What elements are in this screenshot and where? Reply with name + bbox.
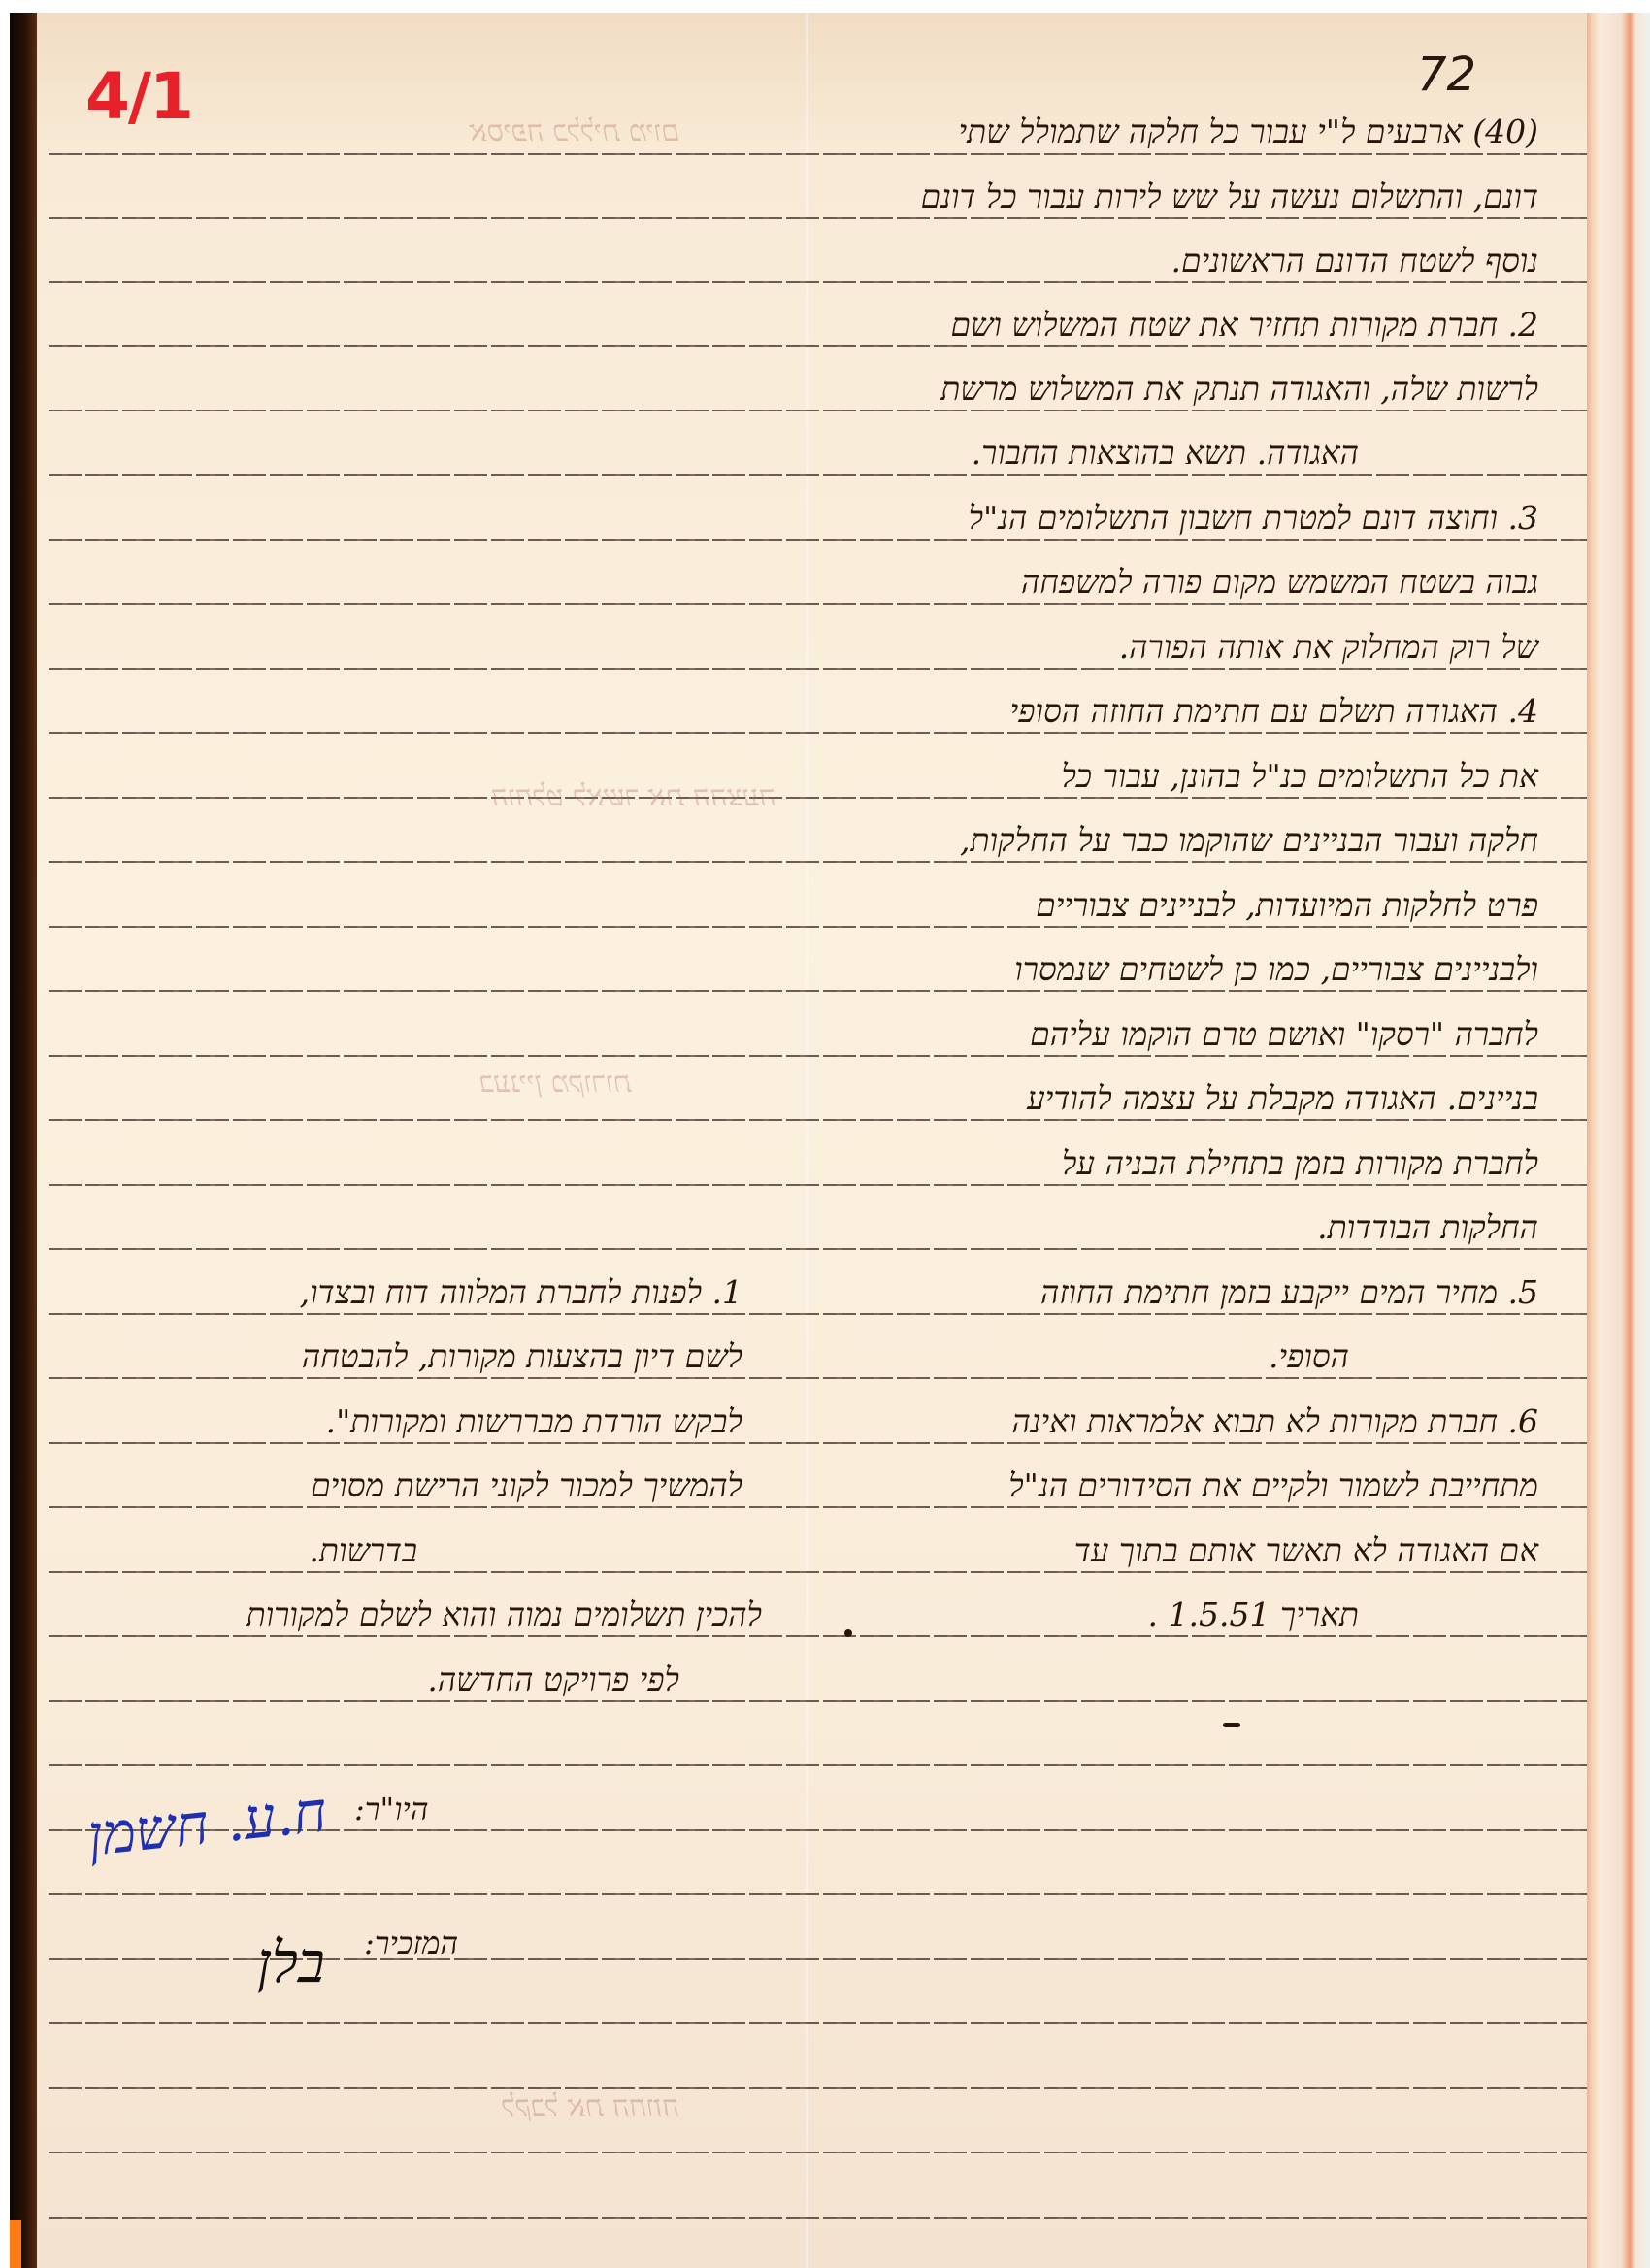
bleed-through-text: הוחלט לאשר את ההצעה bbox=[491, 779, 776, 813]
bleed-through-text: לקבל את החוזה bbox=[502, 2089, 679, 2123]
secretary-label: המזכיר: bbox=[364, 1924, 458, 1961]
ruled-line bbox=[49, 1635, 1587, 1637]
handwritten-line: 3. וחוצה דונם למטרת חשבון התשלומים הנ"ל bbox=[969, 499, 1538, 538]
ruled-line bbox=[49, 2022, 1587, 2024]
ruled-line bbox=[49, 1893, 1587, 1895]
ruled-line bbox=[49, 1571, 1587, 1573]
bleed-through-text: אסיפה כללית מיום bbox=[470, 115, 679, 148]
handwritten-line: תאריך 1.5.51 . bbox=[1148, 1595, 1359, 1634]
ruled-line bbox=[49, 603, 1587, 605]
handwritten-line: 2. חברת מקורות תחזיר את שטח המשלוש ושם bbox=[950, 306, 1538, 345]
handwritten-line: דונם, והתשלום נעשה על שש לירות עבור כל ד… bbox=[921, 178, 1538, 216]
ruled-line bbox=[49, 539, 1587, 541]
handwritten-line: לחברה "רסקו" ואושם טרם הוקמו עליהם bbox=[1030, 1015, 1538, 1054]
scanned-notebook-page: אסיפה כללית מיום הוחלט לאשר את ההצעה בענ… bbox=[10, 13, 1650, 2268]
handwritten-line: 6. חברת מקורות לא תבוא אלמראות ואינה bbox=[1011, 1402, 1538, 1441]
ruled-line bbox=[49, 281, 1587, 283]
handwritten-line: 1. לפנות לחברת המלווה דוח ובצדו, bbox=[300, 1273, 742, 1312]
ink-dash bbox=[1223, 1723, 1240, 1727]
ruled-line bbox=[49, 2152, 1587, 2153]
ruled-line bbox=[49, 217, 1587, 219]
ruled-line bbox=[49, 732, 1587, 734]
handwritten-line: (40) ארבעים ל"י עבור כל חלקה שתמולל שתי bbox=[958, 113, 1538, 151]
handwritten-line: בניינים. האגודה מקבלת על עצמה להודיע bbox=[1027, 1079, 1538, 1118]
handwritten-line: חלקה ועבור הבניינים שהוקמו כבר על החלקות… bbox=[960, 821, 1538, 860]
handwritten-line: לרשות שלה, והאגודה תנתק את המשלוש מרשת bbox=[940, 370, 1538, 409]
ruled-line bbox=[49, 1442, 1587, 1444]
handwritten-line: 5. מחיר המים ייקבע בזמן חתימת החוזה bbox=[1040, 1273, 1538, 1312]
handwritten-line: להמשיך למכור לקוני הרישת מסוים bbox=[311, 1466, 742, 1505]
ruled-line bbox=[49, 926, 1587, 928]
handwritten-line: של רוק המחלוק את אותה הפורה. bbox=[1119, 628, 1538, 667]
ruled-line bbox=[49, 1313, 1587, 1315]
handwritten-line: הסופי. bbox=[1269, 1337, 1349, 1376]
ruled-line bbox=[49, 990, 1587, 992]
ruled-line bbox=[49, 1764, 1587, 1766]
secretary-signature: בלן bbox=[257, 1929, 325, 1995]
handwritten-line: האגודה. תשא בהוצאות החבור. bbox=[972, 434, 1359, 473]
handwritten-line: לבקש הורדת מבררשות ומקורות". bbox=[326, 1402, 742, 1441]
handwritten-line: מתחייבת לשמור ולקיים את הסידורים הנ"ל bbox=[1008, 1466, 1538, 1505]
handwritten-line: ולבניינים צבוריים, כמו כן לשטחים שנמסרו bbox=[1014, 950, 1538, 989]
ruled-line bbox=[49, 410, 1587, 411]
handwritten-line: פרט לחלקות המיועדות, לבניינים צבוריים bbox=[1036, 886, 1538, 925]
ruled-line bbox=[49, 2217, 1587, 2219]
ink-dot bbox=[844, 1629, 852, 1637]
chairman-label: היו"ר: bbox=[354, 1791, 429, 1827]
handwritten-line: לפי פרויקט החדשה. bbox=[427, 1660, 679, 1699]
notebook-binding bbox=[10, 13, 37, 2268]
handwritten-line: להכין תשלומים נמוה והוא לשלם למקורות bbox=[247, 1595, 762, 1634]
handwritten-line: בדרשות. bbox=[309, 1531, 417, 1570]
binding-tab bbox=[10, 2220, 21, 2268]
handwritten-line: את כל התשלומים כנ"ל בהונן, עבור כל bbox=[1061, 757, 1538, 796]
ruled-line bbox=[49, 668, 1587, 670]
ruled-line bbox=[49, 1377, 1587, 1379]
chairman-signature: ח.ע. חשמן bbox=[84, 1778, 330, 1868]
bleed-through-text: בעניין מקורות bbox=[479, 1066, 631, 1100]
ruled-line bbox=[49, 1184, 1587, 1186]
ruled-line bbox=[49, 861, 1587, 863]
page-fold-crease bbox=[806, 13, 808, 2268]
page-number: 72 bbox=[1417, 48, 1476, 102]
ruled-line bbox=[49, 1248, 1587, 1250]
ruled-line bbox=[49, 2087, 1587, 2089]
handwritten-line: 4. האגודה תשלם עם חתימת החוזה הסופי bbox=[1010, 692, 1538, 731]
ruled-line bbox=[49, 1506, 1587, 1508]
archive-reference-mark: 4/1 bbox=[85, 59, 192, 134]
handwritten-line: גבוה בשטח המשמש מקום פורה למשפחה bbox=[1021, 563, 1538, 602]
ruled-line bbox=[49, 153, 1587, 155]
handwritten-line: אם האגודה לא תאשר אותם בתוך עד bbox=[1074, 1531, 1538, 1570]
ruled-line bbox=[49, 1700, 1587, 1702]
handwritten-line: לשם דיון בהצעות מקורות, להבטחה bbox=[302, 1337, 742, 1376]
ruled-line bbox=[49, 474, 1587, 476]
right-margin-edge bbox=[1587, 13, 1650, 2268]
ruled-line bbox=[49, 345, 1587, 347]
handwritten-line: נוסף לשטח הדונם הראשונים. bbox=[1171, 242, 1538, 280]
handwritten-line: לחברת מקורות בזמן בתחילת הבניה על bbox=[1062, 1144, 1538, 1183]
handwritten-line: החלקות הבודדות. bbox=[1317, 1208, 1538, 1247]
ruled-line bbox=[49, 1119, 1587, 1121]
ruled-line bbox=[49, 1055, 1587, 1057]
ruled-line bbox=[49, 797, 1587, 799]
